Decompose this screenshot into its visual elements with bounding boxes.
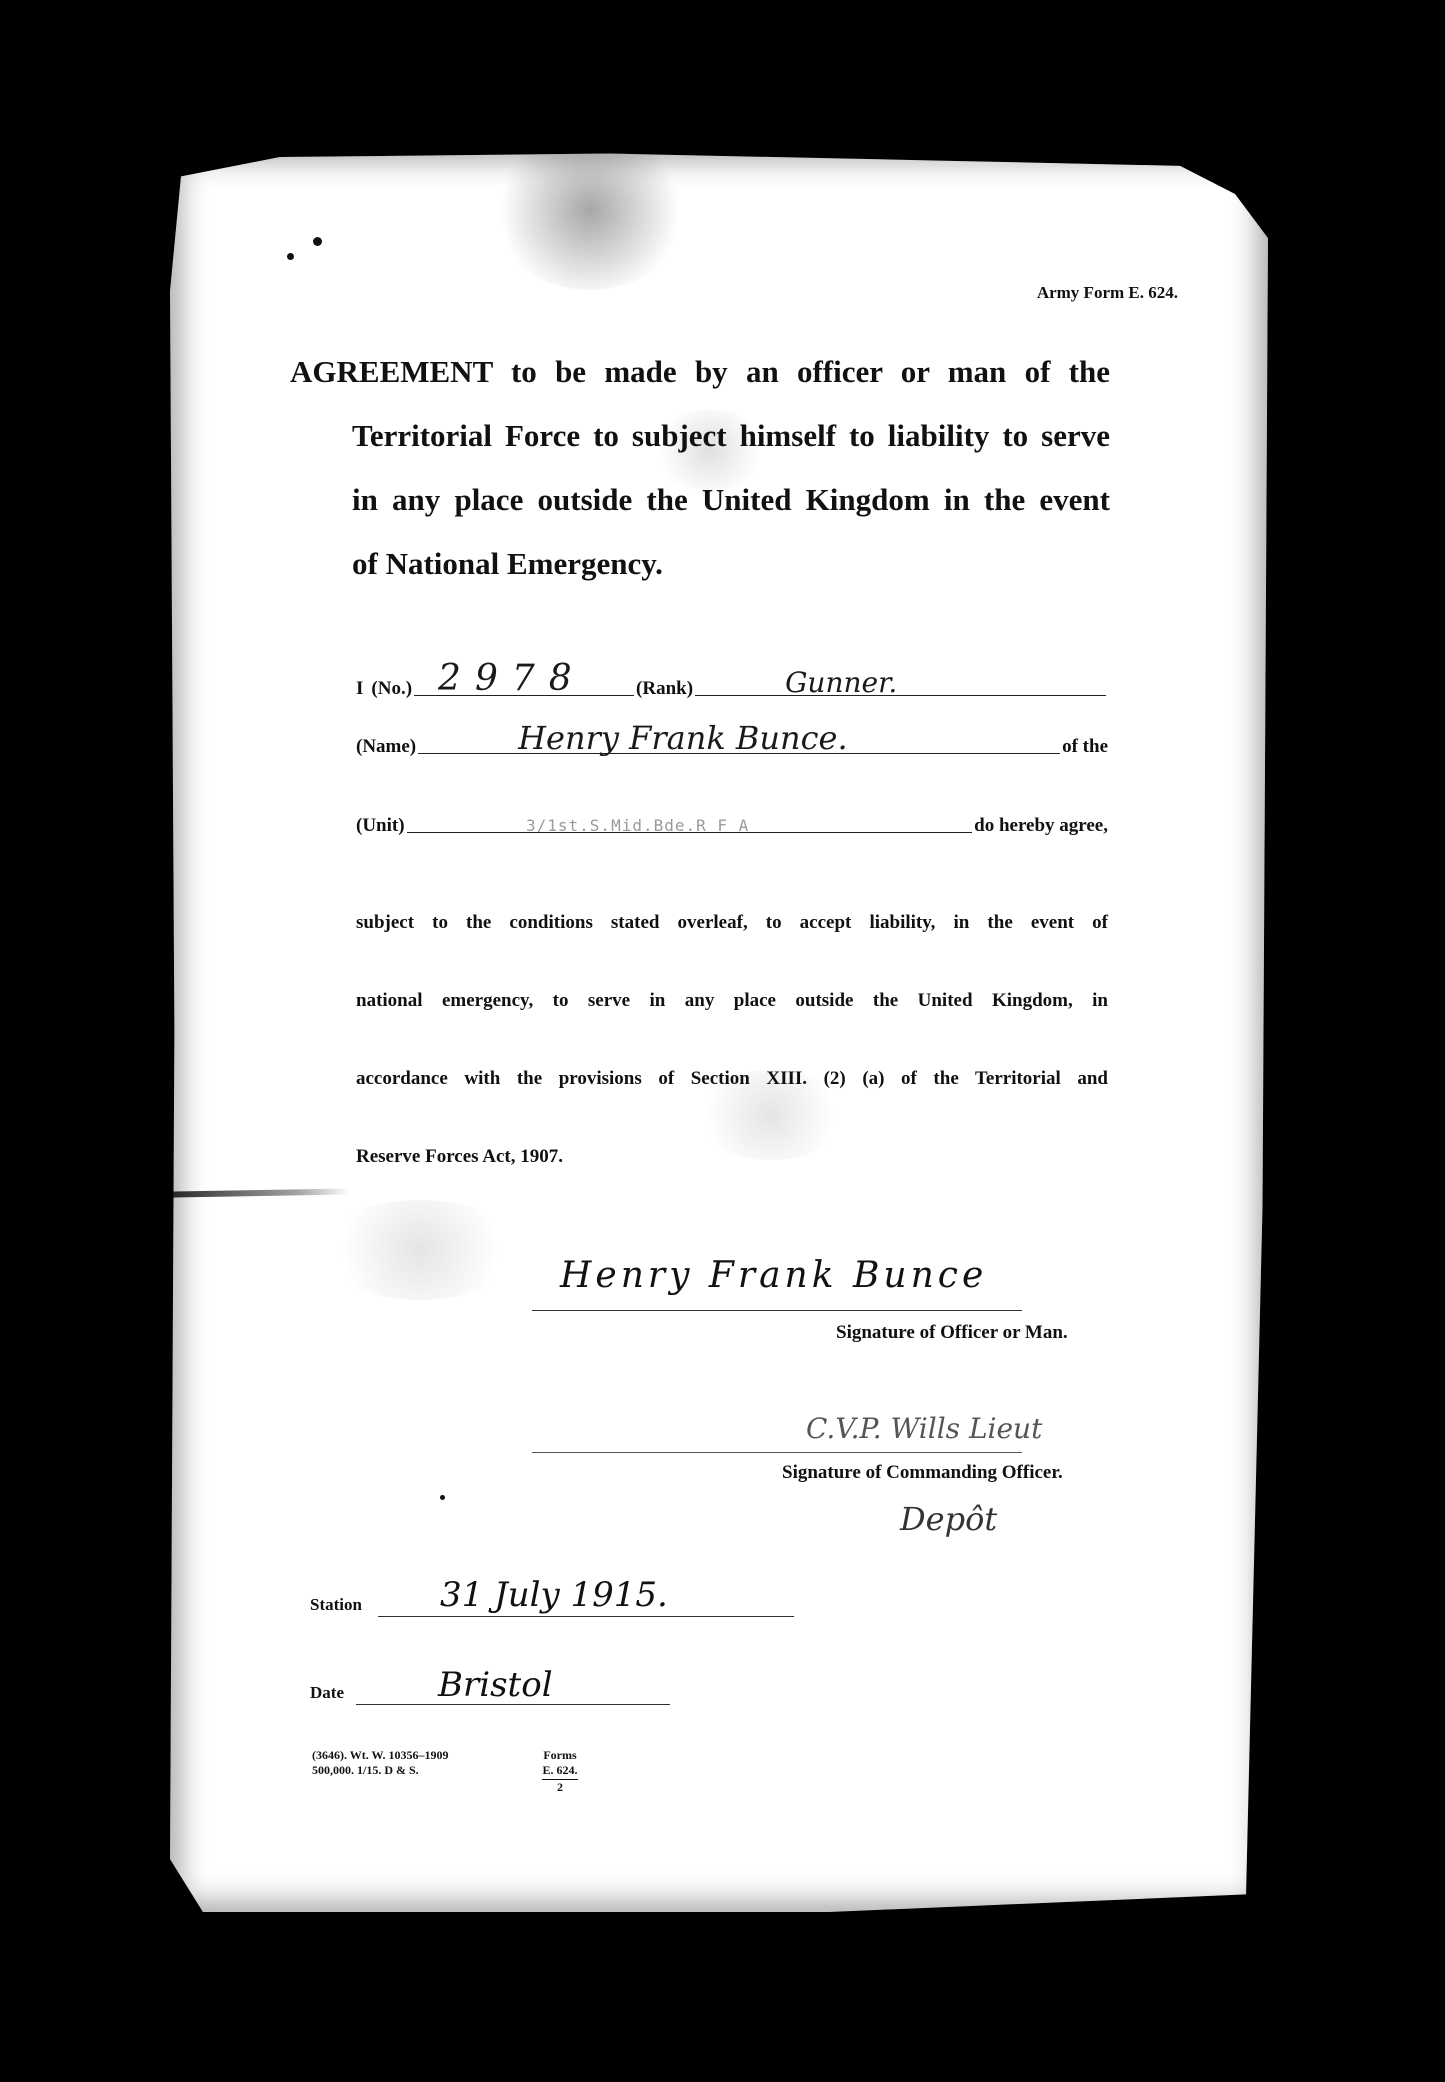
rank-value: Gunner. xyxy=(785,666,897,699)
number-field[interactable]: 2978 xyxy=(414,673,634,696)
officer-signature: C.V.P. Wills Lieut xyxy=(806,1412,1042,1445)
date-label: Date xyxy=(310,1683,344,1703)
man-signature-line[interactable] xyxy=(532,1310,1022,1311)
officer-signature-label: Signature of Commanding Officer. xyxy=(782,1462,1063,1484)
station-label: Station xyxy=(310,1595,362,1615)
forms-label: Forms xyxy=(530,1748,590,1763)
body-line-3: accordance with the provisions of Sectio… xyxy=(356,1068,1108,1090)
forms-number: E. 624. xyxy=(542,1763,577,1780)
ink-spot xyxy=(440,1495,445,1500)
unit-field[interactable] xyxy=(407,810,973,833)
station-value: 31 July 1915. xyxy=(440,1575,668,1615)
heading-line-3: in any place outside the United Kingdom … xyxy=(352,468,1110,532)
unit-row: (Unit) do hereby agree, xyxy=(356,797,1108,837)
officer-annotation: Depôt xyxy=(900,1500,997,1538)
name-suffix: of the xyxy=(1062,736,1108,758)
forms-reference: Forms E. 624. 2 xyxy=(530,1748,590,1795)
number-value: 2978 xyxy=(438,658,586,699)
date-value: Bristol xyxy=(438,1665,553,1705)
heading-line-1: AGREEMENT to be made by an officer or ma… xyxy=(290,340,1110,404)
number-rank-row: I (No.) 2978 (Rank) Gunner. xyxy=(356,660,1108,700)
intro-label: I xyxy=(356,678,363,700)
officer-signature-line[interactable] xyxy=(532,1452,1022,1453)
form-heading: AGREEMENT to be made by an officer or ma… xyxy=(290,340,1110,596)
name-value: Henry Frank Bunce. xyxy=(518,719,848,757)
form-number: Army Form E. 624. xyxy=(1037,283,1178,303)
name-row: (Name) Henry Frank Bunce. of the xyxy=(356,718,1108,758)
name-field[interactable]: Henry Frank Bunce. xyxy=(418,731,1060,754)
document-page: Army Form E. 624. AGREEMENT to be made b… xyxy=(170,150,1268,1912)
rank-field[interactable]: Gunner. xyxy=(695,673,1106,696)
print-info-line-1: (3646). Wt. W. 10356–1909 xyxy=(312,1748,448,1763)
print-info-line-2: 500,000. 1/15. D & S. xyxy=(312,1763,448,1778)
heading-line-4: of National Emergency. xyxy=(352,532,1110,596)
man-signature-label: Signature of Officer or Man. xyxy=(836,1322,1068,1344)
number-label: (No.) xyxy=(371,678,412,700)
station-field[interactable] xyxy=(378,1616,794,1617)
name-label: (Name) xyxy=(356,736,416,758)
stain xyxy=(320,1200,520,1300)
ink-spot xyxy=(287,253,294,260)
body-line-2: national emergency, to serve in any plac… xyxy=(356,990,1108,1012)
forms-sub: 2 xyxy=(530,1780,590,1795)
unit-suffix: do hereby agree, xyxy=(974,815,1108,837)
print-info: (3646). Wt. W. 10356–1909 500,000. 1/15.… xyxy=(312,1748,448,1778)
heading-line-2: Territorial Force to subject himself to … xyxy=(352,404,1110,468)
man-signature: Henry Frank Bunce xyxy=(560,1255,987,1296)
body-line-4: Reserve Forces Act, 1907. xyxy=(356,1146,1108,1168)
ink-spot xyxy=(313,237,322,246)
stain xyxy=(490,130,690,290)
rank-label: (Rank) xyxy=(636,678,693,700)
paper-crease xyxy=(170,1188,350,1197)
body-line-1: subject to the conditions stated overlea… xyxy=(356,912,1108,934)
unit-label: (Unit) xyxy=(356,815,405,837)
